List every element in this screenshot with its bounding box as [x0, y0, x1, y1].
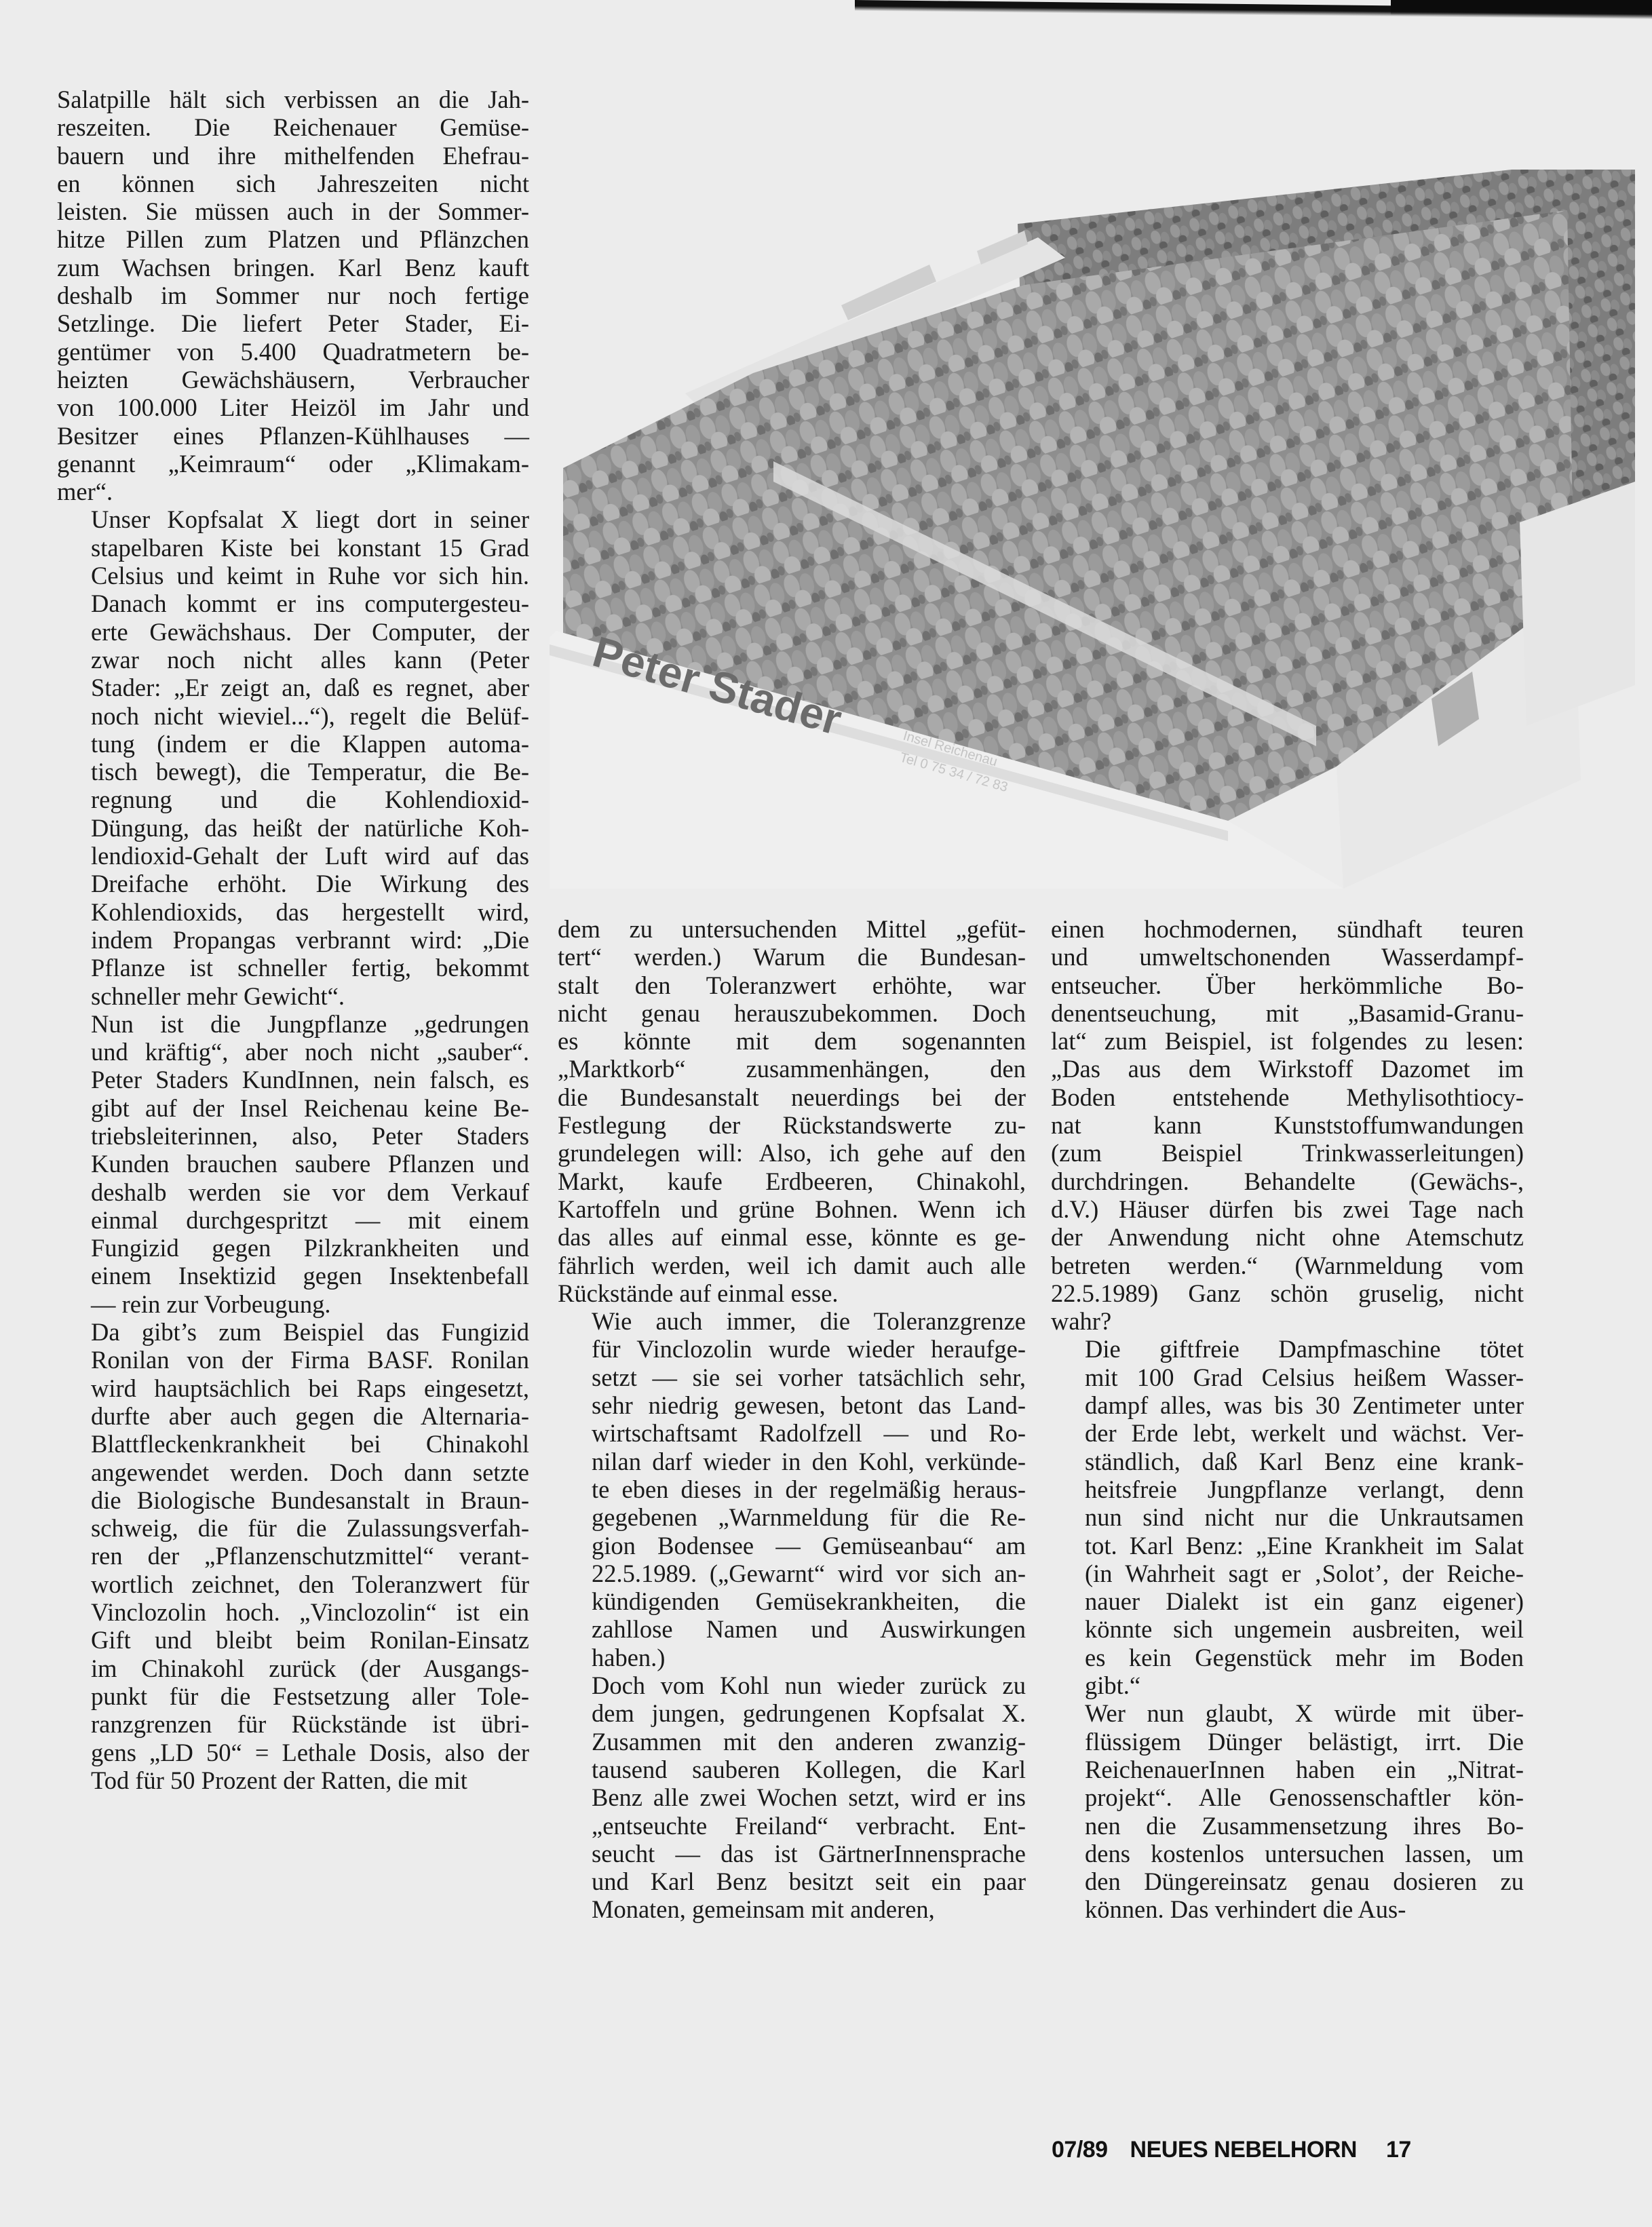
- text-line: „Das aus dem Wirkstoff Dazomet im: [1051, 1055, 1524, 1083]
- text-line: durfte aber auch gegen die Alternaria-: [57, 1402, 529, 1430]
- text-line: nen die Zusammensetzung ihres Bo-: [1051, 1812, 1524, 1840]
- text-line: (zum Beispiel Trinkwasserleitungen): [1051, 1139, 1524, 1167]
- page-footer: 07/89 NEUES NEBELHORN 17: [1052, 2137, 1411, 2163]
- text-line: Vinclozolin hoch. „Vinclozolin“ ist ein: [57, 1598, 529, 1626]
- text-line: schneller mehr Gewicht“.: [57, 982, 529, 1010]
- text-line: hitze Pillen zum Platzen und Pflänzchen: [57, 225, 529, 253]
- text-line: und Karl Benz besitzt seit ein paar: [558, 1867, 1026, 1895]
- article-paragraph: Unser Kopfsalat X liegt dort in seinerst…: [57, 505, 529, 1009]
- text-line: wirtschaftsamt Radolfzell — und Ro-: [558, 1419, 1026, 1447]
- text-line: gegebenen „Warnmeldung für die Re-: [558, 1503, 1026, 1531]
- text-line: dem jungen, gedrungenen Kopfsalat X.: [558, 1699, 1026, 1727]
- text-line: die Biologische Bundesanstalt in Braun-: [57, 1486, 529, 1514]
- text-line: Tod für 50 Prozent der Ratten, die mit: [57, 1766, 529, 1794]
- text-line: und umweltschonenden Wasserdampf-: [1051, 943, 1524, 971]
- text-line: Blattfleckenkrankheit bei Chinakohl: [57, 1430, 529, 1458]
- text-line: gibt.“: [1051, 1671, 1524, 1699]
- text-line: Festlegung der Rückstandswerte zu-: [558, 1111, 1026, 1139]
- previous-page-bleed-dark: [1391, 0, 1652, 15]
- text-line: Fungizid gegen Pilzkrankheiten und: [57, 1234, 529, 1262]
- text-line: flüssigem Dünger belästigt, irrt. Die: [1051, 1728, 1524, 1756]
- text-line: wortlich zeichnet, den Toleranzwert für: [57, 1570, 529, 1598]
- text-line: betreten werden.“ (Warnmeldung vom: [1051, 1252, 1524, 1279]
- text-line: könnte sich ungemein ausbreiten, weil: [1051, 1615, 1524, 1643]
- text-line: durchdringen. Behandelte (Gewächs-,: [1051, 1167, 1524, 1195]
- text-line: können. Das verhindert die Aus-: [1051, 1895, 1524, 1923]
- text-line: gion Bodensee — Gemüseanbau“ am: [558, 1532, 1026, 1560]
- text-line: „entseuchte Freiland“ verbracht. Ent-: [558, 1812, 1026, 1840]
- text-line: nicht genau herauszubekommen. Doch: [558, 999, 1026, 1027]
- text-line: Dreifache erhöht. Die Wirkung des: [57, 870, 529, 897]
- text-line: einem Insektizid gegen Insektenbefall: [57, 1262, 529, 1290]
- article-paragraph: Wer nun glaubt, X würde mit über-flüssig…: [1051, 1699, 1524, 1923]
- text-line: dem zu untersuchenden Mittel „gefüt-: [558, 915, 1026, 943]
- text-line: Kohlendioxids, das hergestellt wird,: [57, 898, 529, 926]
- text-line: Unser Kopfsalat X liegt dort in seiner: [57, 505, 529, 533]
- text-line: Setzlinge. Die liefert Peter Stader, Ei-: [57, 309, 529, 337]
- text-line: deshalb werden sie vor dem Verkauf: [57, 1178, 529, 1206]
- text-line: sehr niedrig gewesen, betont das Land-: [558, 1391, 1026, 1419]
- text-line: bauern und ihre mithelfenden Ehefrau-: [57, 142, 529, 170]
- text-line: den Düngereinsatz genau dosieren zu: [1051, 1867, 1524, 1895]
- text-line: — rein zur Vorbeugung.: [57, 1290, 529, 1318]
- text-line: tausend sauberen Kollegen, die Karl: [558, 1756, 1026, 1783]
- text-line: Benz alle zwei Wochen setzt, wird er ins: [558, 1783, 1026, 1811]
- text-line: denentseuchung, mit „Basamid-Granu-: [1051, 999, 1524, 1027]
- text-line: der Anwendung nicht ohne Atemschutz: [1051, 1223, 1524, 1251]
- text-line: tisch bewegt), die Temperatur, die Be-: [57, 758, 529, 786]
- text-line: Rückstände auf einmal esse.: [558, 1279, 1026, 1307]
- text-line: nat kann Kunststoffumwandungen: [1051, 1111, 1524, 1139]
- text-line: zahllose Namen und Auswirkungen: [558, 1615, 1026, 1643]
- text-line: Wer nun glaubt, X würde mit über-: [1051, 1699, 1524, 1727]
- text-line: Salatpille hält sich verbissen an die Ja…: [57, 85, 529, 113]
- text-line: reszeiten. Die Reichenauer Gemüse-: [57, 113, 529, 141]
- text-line: Wie auch immer, die Toleranzgrenze: [558, 1307, 1026, 1335]
- text-line: einen hochmodernen, sündhaft teuren: [1051, 915, 1524, 943]
- article-paragraph: Nun ist die Jungpflanze „gedrungenund kr…: [57, 1010, 529, 1318]
- text-line: nauer Dialekt ist ein ganz eigener): [1051, 1587, 1524, 1615]
- text-line: lat“ zum Beispiel, ist folgendes zu lese…: [1051, 1027, 1524, 1055]
- article-paragraph: Da gibt’s zum Beispiel das FungizidRonil…: [57, 1318, 529, 1794]
- text-line: erte Gewächshaus. Der Computer, der: [57, 618, 529, 646]
- text-line: Markt, kaufe Erdbeeren, Chinakohl,: [558, 1167, 1026, 1195]
- text-line: Nun ist die Jungpflanze „gedrungen: [57, 1010, 529, 1038]
- text-line: mer“.: [57, 478, 529, 505]
- text-line: regnung und die Kohlendioxid-: [57, 786, 529, 813]
- text-line: angewendet werden. Doch dann setzte: [57, 1458, 529, 1486]
- text-line: „Marktkorb“ zusammenhängen, den: [558, 1055, 1026, 1083]
- text-line: genannt „Keimraum“ oder „Klimakam-: [57, 450, 529, 478]
- text-line: Danach kommt er ins computergesteu-: [57, 589, 529, 617]
- text-line: projekt“. Alle Genossenschaftler kön-: [1051, 1783, 1524, 1811]
- text-line: Doch vom Kohl nun wieder zurück zu: [558, 1671, 1026, 1699]
- text-line: 22.5.1989) Ganz schön gruselig, nicht: [1051, 1279, 1524, 1307]
- text-line: einmal durchgespritzt — mit einem: [57, 1206, 529, 1234]
- text-line: Gift und bleibt beim Ronilan-Einsatz: [57, 1626, 529, 1654]
- text-line: tot. Karl Benz: „Eine Krankheit im Salat: [1051, 1532, 1524, 1560]
- text-line: von 100.000 Liter Heizöl im Jahr und: [57, 393, 529, 421]
- text-line: setzt — sie sei vorher tatsächlich sehr,: [558, 1363, 1026, 1391]
- text-line: d.V.) Häuser dürfen bis zwei Tage nach: [1051, 1195, 1524, 1223]
- text-line: wahr?: [1051, 1307, 1524, 1335]
- text-line: dens kostenlos untersuchen lassen, um: [1051, 1840, 1524, 1867]
- page-number: 17: [1386, 2137, 1411, 2163]
- article-paragraph: Wie auch immer, die Toleranzgrenzefür Vi…: [558, 1307, 1026, 1671]
- text-line: und kräftig“, aber noch nicht „sauber“.: [57, 1038, 529, 1066]
- text-line: das alles auf einmal esse, könnte es ge-: [558, 1223, 1026, 1251]
- text-line: 22.5.1989. („Gewarnt“ wird vor sich an-: [558, 1560, 1026, 1587]
- text-line: nun sind nicht nur die Unkrautsamen: [1051, 1503, 1524, 1531]
- text-line: Düngung, das heißt der natürliche Koh-: [57, 814, 529, 842]
- text-line: Boden entstehende Methylisothtiocy-: [1051, 1083, 1524, 1111]
- text-line: gibt auf der Insel Reichenau keine Be-: [57, 1094, 529, 1122]
- text-line: indem Propangas verbrannt wird: „Die: [57, 926, 529, 954]
- magazine-title: NEUES NEBELHORN: [1130, 2137, 1357, 2163]
- text-line: gentümer von 5.400 Quadratmetern be-: [57, 338, 529, 366]
- text-line: triebsleiterinnen, also, Peter Staders: [57, 1122, 529, 1150]
- text-line: Da gibt’s zum Beispiel das Fungizid: [57, 1318, 529, 1346]
- text-line: heitsfreie Jungpflanze verlangt, denn: [1051, 1475, 1524, 1503]
- text-line: der Erde lebt, werkelt und wächst. Ver-: [1051, 1419, 1524, 1447]
- article-column-left: Salatpille hält sich verbissen an die Ja…: [57, 85, 529, 1794]
- text-line: haben.): [558, 1644, 1026, 1671]
- text-line: ReichenauerInnen haben ein „Nitrat-: [1051, 1756, 1524, 1783]
- text-line: zwar noch nicht alles kann (Peter: [57, 646, 529, 674]
- text-line: ranzgrenzen für Rückstände ist übri-: [57, 1710, 529, 1738]
- article-paragraph: Salatpille hält sich verbissen an die Ja…: [57, 85, 529, 505]
- text-line: Kunden brauchen saubere Pflanzen und: [57, 1150, 529, 1178]
- text-line: Stader: „Er zeigt an, daß es regnet, abe…: [57, 674, 529, 701]
- text-line: schweig, die für die Zulassungsverfah-: [57, 1514, 529, 1542]
- article-column-right: einen hochmodernen, sündhaft teurenund u…: [1051, 915, 1524, 1924]
- lettuce-seedlings-image: Peter Stader Insel Reichenau Tel 0 75 34…: [550, 170, 1635, 889]
- text-line: die Bundesanstalt neuerdings bei der: [558, 1083, 1026, 1111]
- text-line: stapelbaren Kiste bei konstant 15 Grad: [57, 534, 529, 562]
- seedling-crate-photo: Peter Stader Insel Reichenau Tel 0 75 34…: [550, 170, 1635, 889]
- text-line: fährlich werden, weil ich damit auch all…: [558, 1252, 1026, 1279]
- text-line: Celsius und keimt in Ruhe vor sich hin.: [57, 562, 529, 589]
- text-line: tung (indem er die Klappen automa-: [57, 730, 529, 758]
- article-paragraph: Die giftfreie Dampfmaschine tötetmit 100…: [1051, 1335, 1524, 1699]
- article-paragraph: dem zu untersuchenden Mittel „gefüt-tert…: [558, 915, 1026, 1307]
- text-line: Besitzer eines Pflanzen-Kühlhauses —: [57, 422, 529, 450]
- text-line: noch nicht wieviel...“), regelt die Belü…: [57, 702, 529, 730]
- text-line: (in Wahrheit sagt er ‚Solot’, der Reiche…: [1051, 1560, 1524, 1587]
- text-line: ständlich, daß Karl Benz eine krank-: [1051, 1448, 1524, 1475]
- text-line: mit 100 Grad Celsius heißem Wasser-: [1051, 1363, 1524, 1391]
- text-line: zum Wachsen bringen. Karl Benz kauft: [57, 254, 529, 282]
- text-line: Die giftfreie Dampfmaschine tötet: [1051, 1335, 1524, 1363]
- text-line: te eben dieses in der regelmäßig heraus-: [558, 1475, 1026, 1503]
- text-line: dampf alles, was bis 30 Zentimeter unter: [1051, 1391, 1524, 1419]
- article-paragraph: einen hochmodernen, sündhaft teurenund u…: [1051, 915, 1524, 1335]
- text-line: Kartoffeln und grüne Bohnen. Wenn ich: [558, 1195, 1026, 1223]
- text-line: tert“ werden.) Warum die Bundesan-: [558, 943, 1026, 971]
- text-line: Monaten, gemeinsam mit anderen,: [558, 1895, 1026, 1923]
- text-line: leisten. Sie müssen auch in der Sommer-: [57, 197, 529, 225]
- text-line: Zusammen mit den anderen zwanzig-: [558, 1728, 1026, 1756]
- issue-number: 07/89: [1052, 2137, 1108, 2163]
- text-line: gens „LD 50“ = Lethale Dosis, also der: [57, 1739, 529, 1766]
- text-line: für Vinclozolin wurde wieder heraufge-: [558, 1335, 1026, 1363]
- text-line: en können sich Jahreszeiten nicht: [57, 170, 529, 197]
- text-line: es kein Gegenstück mehr im Boden: [1051, 1644, 1524, 1671]
- text-line: seucht — das ist GärtnerInnensprache: [558, 1840, 1026, 1867]
- text-line: grundelegen will: Also, ich gehe auf den: [558, 1139, 1026, 1167]
- text-line: kündigenden Gemüsekrankheiten, die: [558, 1587, 1026, 1615]
- text-line: Pflanze ist schneller fertig, bekommt: [57, 954, 529, 982]
- text-line: es könnte mit dem sogenannten: [558, 1027, 1026, 1055]
- article-column-middle: dem zu untersuchenden Mittel „gefüt-tert…: [558, 915, 1026, 1924]
- text-line: entseucher. Über herkömmliche Bo-: [1051, 971, 1524, 999]
- text-line: heizten Gewächshäusern, Verbraucher: [57, 366, 529, 393]
- text-line: lendioxid-Gehalt der Luft wird auf das: [57, 842, 529, 870]
- text-line: nilan darf wieder in den Kohl, verkünde-: [558, 1448, 1026, 1475]
- text-line: punkt für die Festsetzung aller Tole-: [57, 1682, 529, 1710]
- text-line: stalt den Toleranzwert erhöhte, war: [558, 971, 1026, 999]
- article-paragraph: Doch vom Kohl nun wieder zurück zudem ju…: [558, 1671, 1026, 1924]
- text-line: im Chinakohl zurück (der Ausgangs-: [57, 1654, 529, 1682]
- text-line: Ronilan von der Firma BASF. Ronilan: [57, 1346, 529, 1374]
- text-line: ren der „Pflanzenschutzmittel“ verant-: [57, 1542, 529, 1570]
- text-line: wird hauptsächlich bei Raps eingesetzt,: [57, 1374, 529, 1402]
- text-line: Peter Staders KundInnen, nein falsch, es: [57, 1066, 529, 1093]
- text-line: deshalb im Sommer nur noch fertige: [57, 282, 529, 309]
